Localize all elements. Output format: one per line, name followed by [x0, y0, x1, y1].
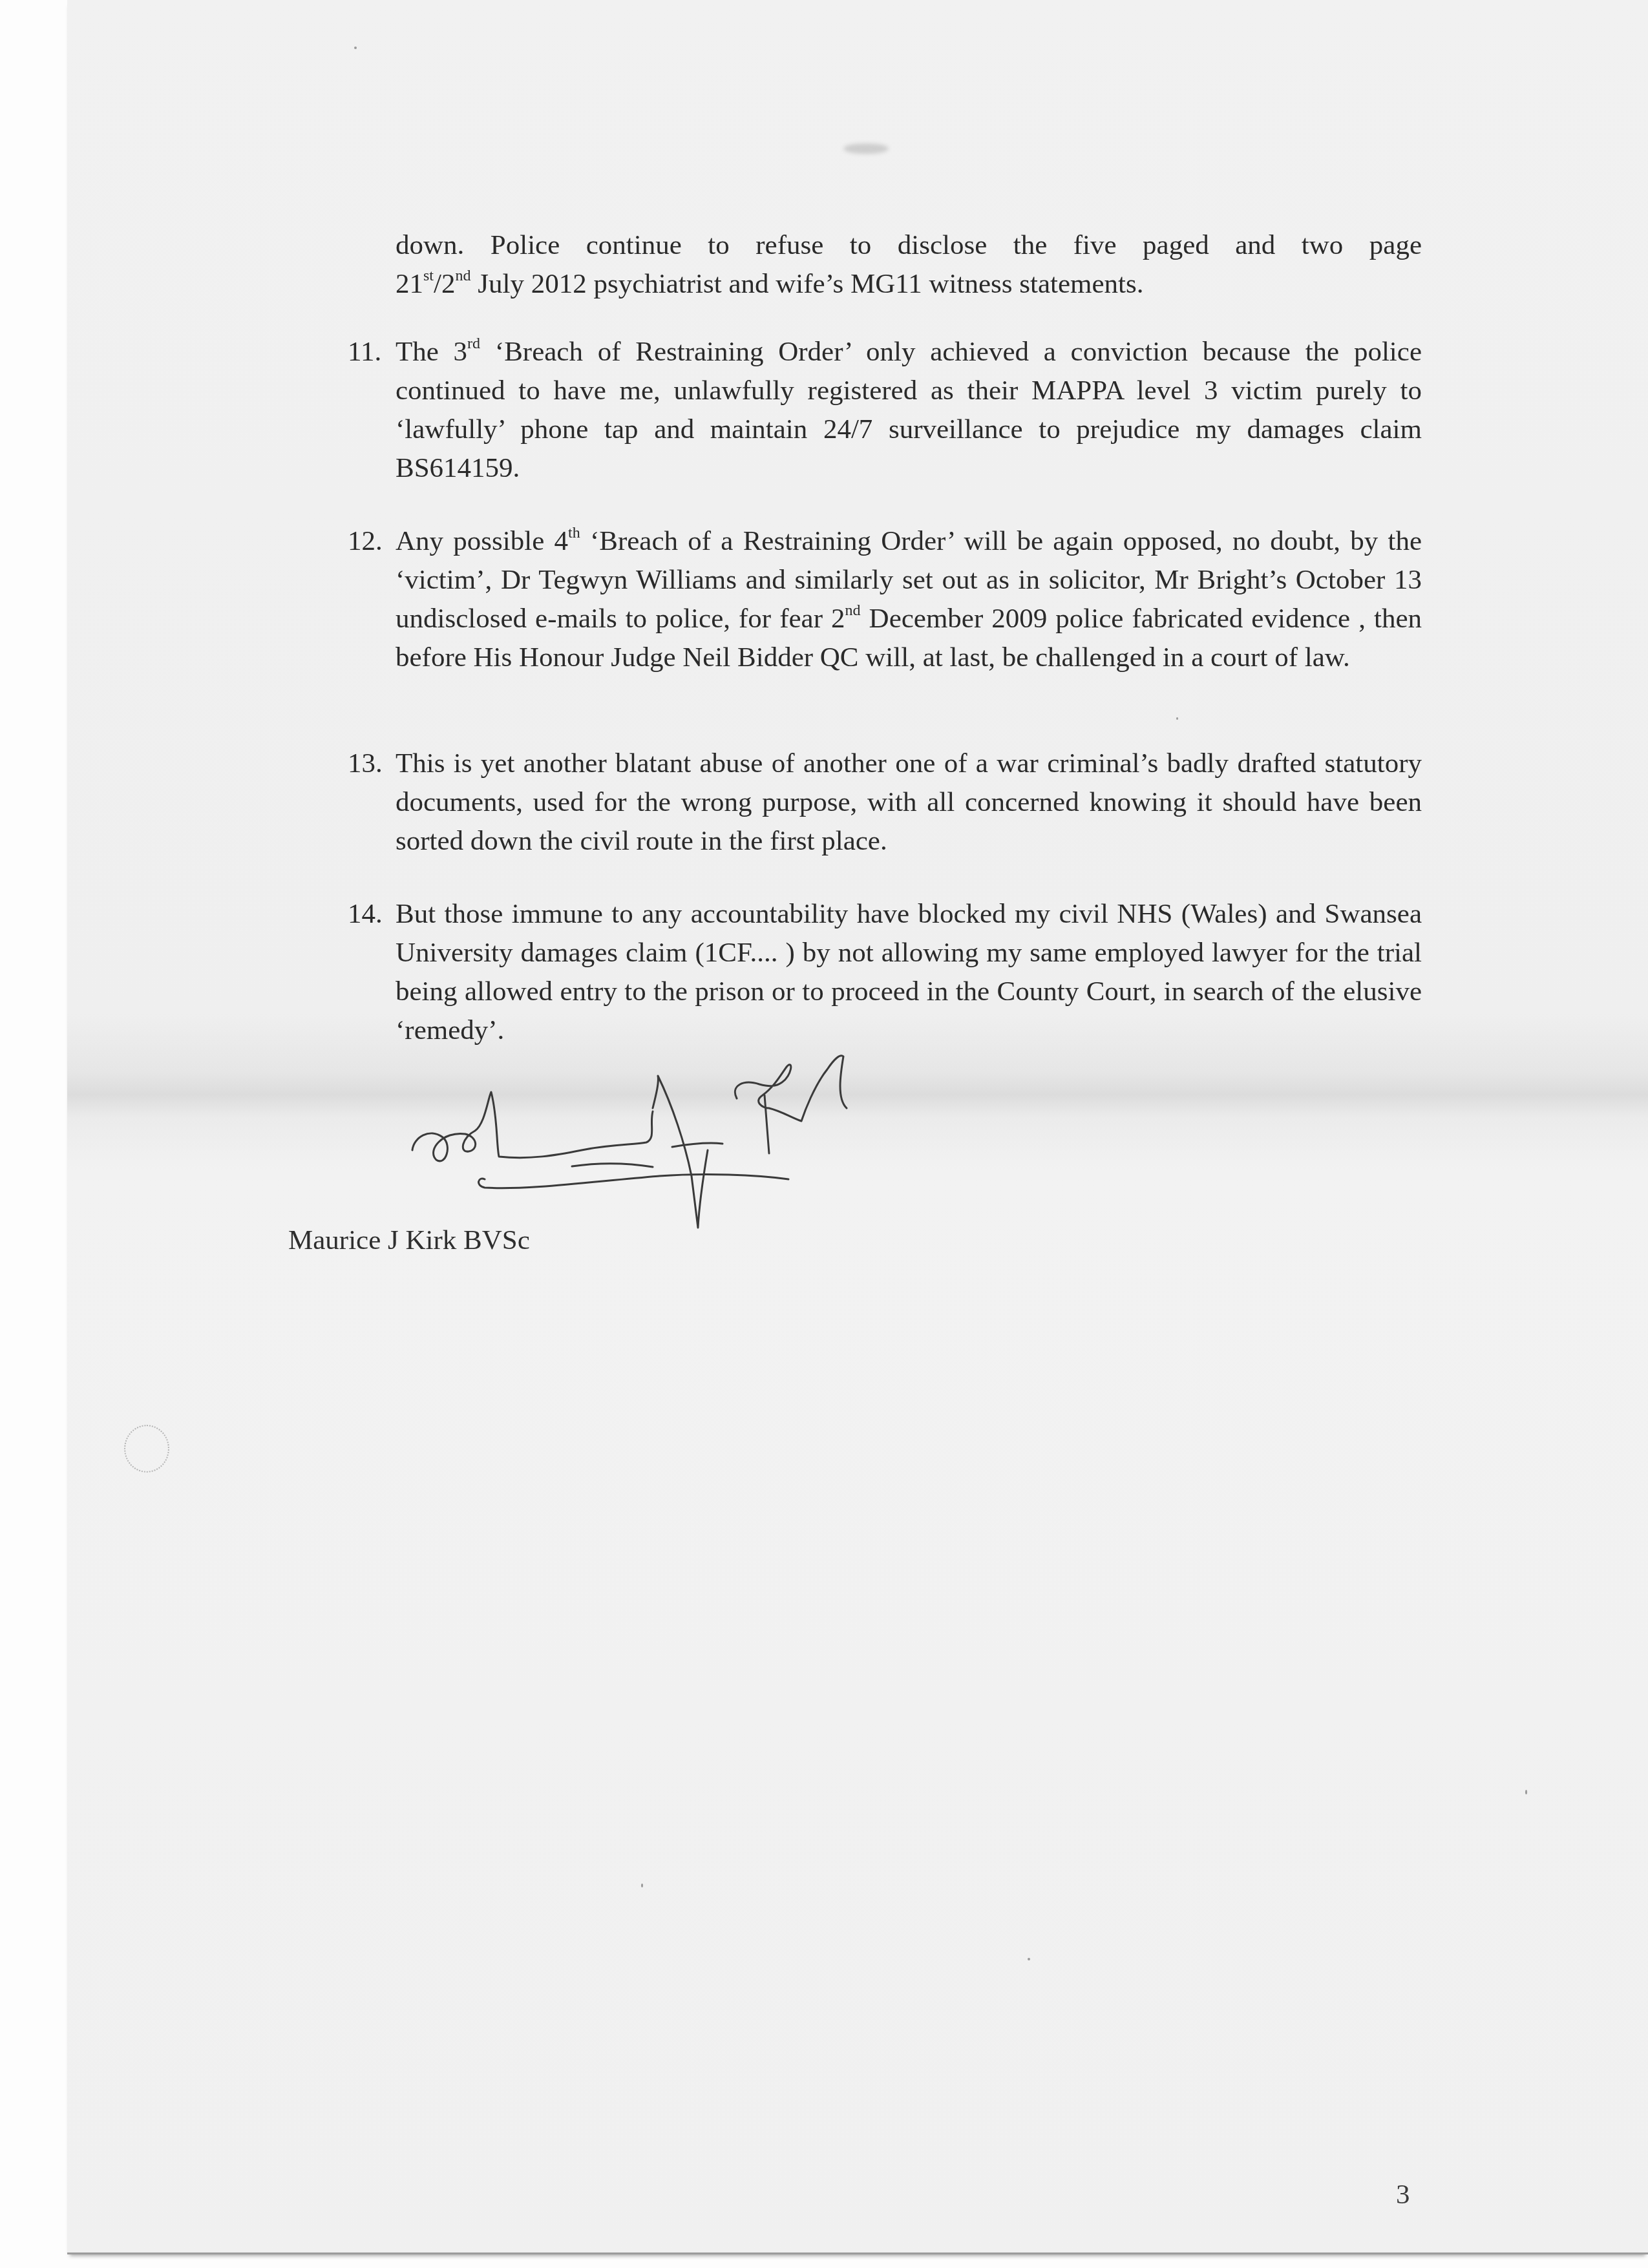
page-number: 3: [1396, 2179, 1410, 2210]
intro-paragraph: down. Police continue to refuse to discl…: [396, 226, 1422, 304]
paragraph-body: This is yet another blatant abuse of ano…: [396, 744, 1422, 861]
speck: [354, 47, 357, 49]
smudge-mark: [843, 143, 889, 154]
signer-name: Maurice J Kirk BVSc: [288, 1224, 530, 1256]
paragraph-12: 12. Any possible 4th ‘Breach of a Restra…: [348, 522, 1422, 677]
paragraph-body: But those immune to any accountability h…: [396, 895, 1422, 1050]
intro-line-1: down. Police continue to refuse to discl…: [396, 226, 1422, 265]
paragraph-number: 12.: [348, 522, 396, 561]
intro-date-sep: /2: [434, 269, 455, 299]
ordinal-suffix: nd: [455, 268, 470, 284]
handwritten-signature-icon: [401, 1047, 1047, 1241]
paragraph-text: The 3: [396, 337, 467, 367]
speck: [1176, 717, 1178, 720]
punch-hole-mark: [124, 1425, 169, 1473]
paragraph-13: 13. This is yet another blatant abuse of…: [348, 744, 1422, 861]
paragraph-text: ‘Breach of Restraining Order’ only achie…: [396, 337, 1422, 483]
paragraph-11: 11. The 3rd ‘Breach of Restraining Order…: [348, 333, 1422, 488]
intro-line-2: 21st/2nd July 2012 psychiatrist and wife…: [396, 265, 1422, 304]
intro-line-2-text: July 2012 psychiatrist and wife’s MG11 w…: [470, 269, 1143, 299]
speck: [1028, 1958, 1030, 1960]
paragraph-text: Any possible 4: [396, 526, 568, 556]
paragraph-number: 13.: [348, 744, 396, 783]
paragraph-number: 11.: [348, 333, 396, 372]
paragraph-body: The 3rd ‘Breach of Restraining Order’ on…: [396, 333, 1422, 488]
ordinal-suffix: rd: [467, 335, 480, 352]
speck: [1525, 1790, 1527, 1794]
ordinal-suffix: nd: [845, 602, 861, 619]
paragraph-body: Any possible 4th ‘Breach of a Restrainin…: [396, 522, 1422, 677]
paragraph-number: 14.: [348, 895, 396, 934]
speck: [641, 1884, 643, 1887]
ordinal-suffix: st: [423, 268, 434, 284]
ordinal-suffix: th: [568, 525, 580, 541]
intro-date-day: 21: [396, 269, 423, 299]
paragraph-14: 14. But those immune to any accountabili…: [348, 895, 1422, 1050]
